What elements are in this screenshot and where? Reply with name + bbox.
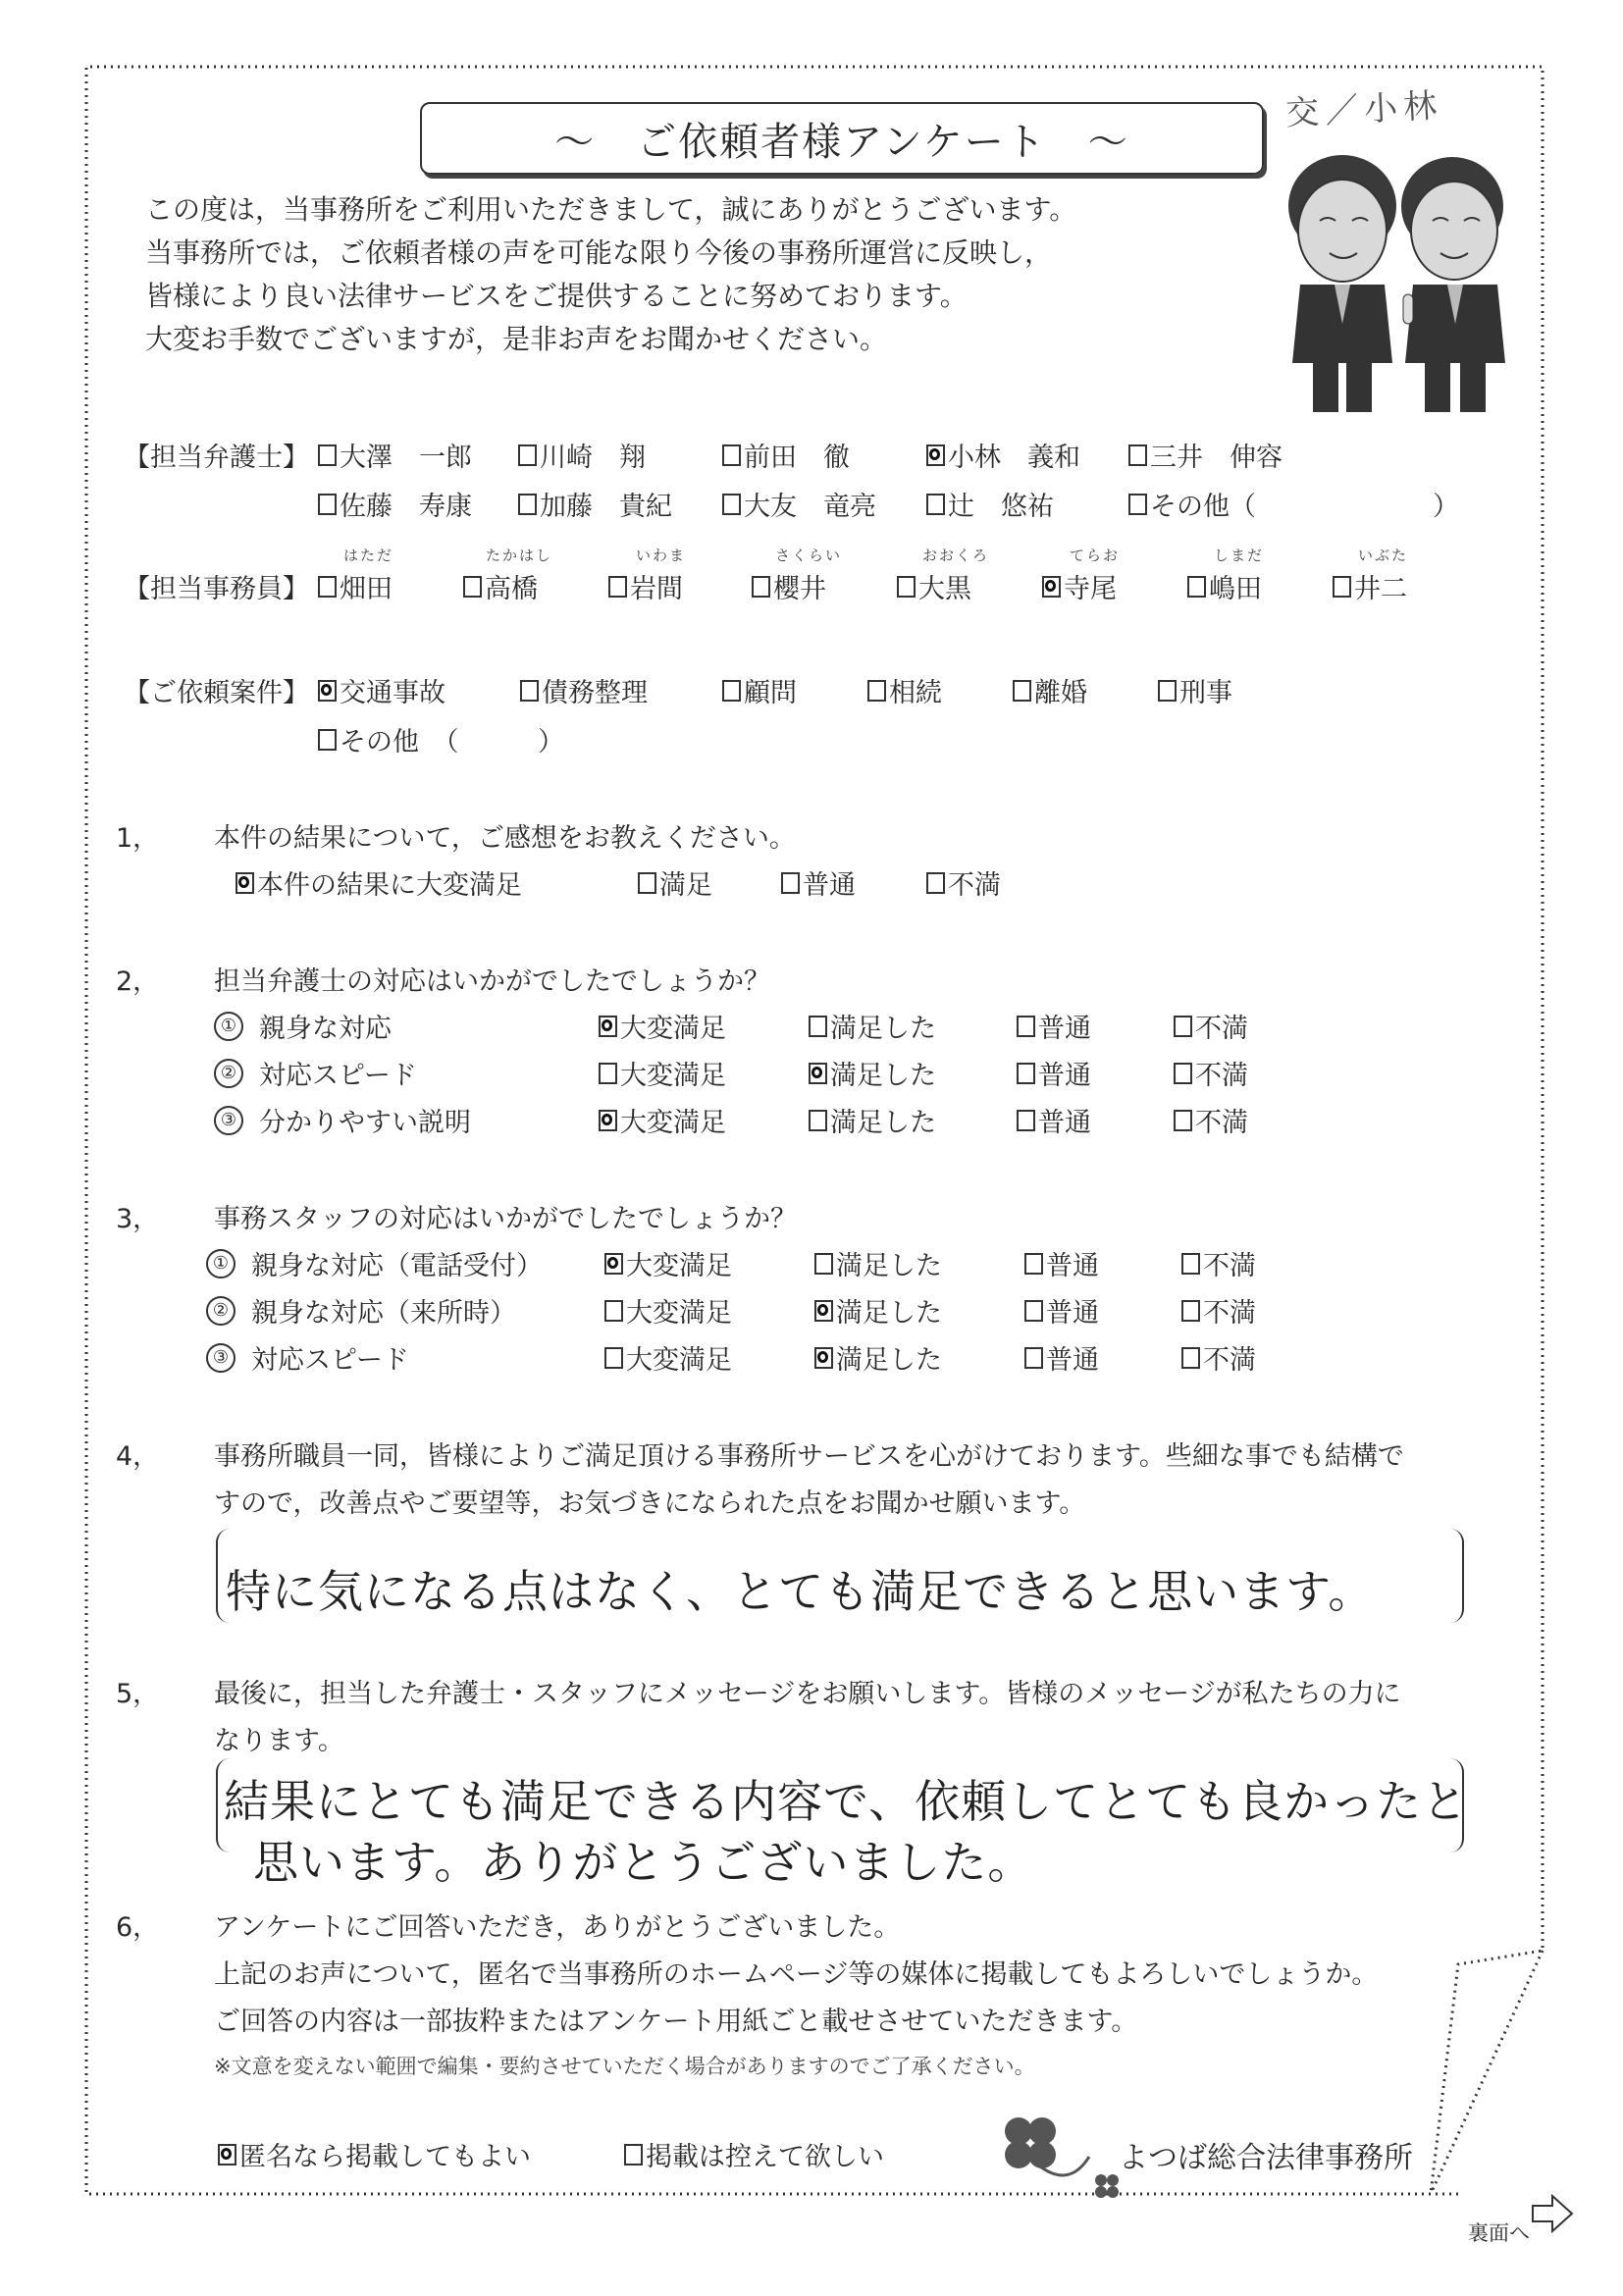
q2-answer[interactable]: 満足した: [809, 1007, 936, 1045]
checkbox-checked[interactable]: [814, 1347, 833, 1369]
ruby-text: てらお: [1070, 545, 1120, 565]
staff-option[interactable]: 岩間: [608, 567, 683, 605]
q4-question-line2: すので，改善点やご要望等，お気づきになられた点をお聞かせ願います。: [214, 1482, 1085, 1520]
checkbox[interactable]: [1017, 1110, 1035, 1131]
checkbox[interactable]: [926, 494, 945, 515]
checkbox[interactable]: [624, 2144, 643, 2166]
lawyer-option[interactable]: 前田 徹: [722, 436, 850, 474]
ruby-text: しまだ: [1214, 545, 1264, 565]
intro-line: 大変お手数でございますが，是非お声をお聞かせください。: [145, 318, 1076, 361]
staff-option[interactable]: 井二: [1333, 567, 1407, 605]
q1-option[interactable]: 不満: [926, 863, 1001, 902]
q2-row-label: ②対応スピード: [214, 1054, 417, 1092]
next-page-label[interactable]: 裏面へ: [1468, 2218, 1530, 2247]
checkbox[interactable]: [1128, 444, 1147, 466]
q2-answer[interactable]: 満足した: [809, 1101, 936, 1139]
ruby-text: はただ: [343, 545, 393, 565]
ruby-text: おおくろ: [922, 545, 989, 565]
q6-note: ※文意を変えない範囲で編集・要約させていただく場合がありますのでご了承ください。: [214, 2051, 1035, 2080]
firm-name: よつば総合法律事務所: [1119, 2133, 1413, 2176]
checkbox[interactable]: [599, 1063, 617, 1084]
lawyers-illustration-icon: [1276, 137, 1521, 422]
checkbox-checked[interactable]: [926, 444, 945, 466]
checkbox-checked[interactable]: [236, 872, 254, 894]
intro-line: この度は，当事務所をご利用いただきまして，誠にありがとうございます。: [145, 188, 1076, 232]
q5-question-line1: 最後に，担当した弁護士・スタッフにメッセージをお願いします。皆様のメッセージが私…: [214, 1672, 1401, 1710]
q3-answer[interactable]: 大変満足: [604, 1338, 732, 1377]
q1-number: 1，: [116, 816, 159, 855]
lawyer-option[interactable]: 川崎 翔: [518, 436, 646, 474]
q3-answer[interactable]: 普通: [1024, 1244, 1099, 1282]
case-option-other[interactable]: その他 （: [318, 720, 459, 758]
q2-answer[interactable]: 満足した: [809, 1054, 936, 1092]
q2-answer[interactable]: 不満: [1174, 1054, 1248, 1092]
q4-answer-handwritten: 特に気になる点はなく、とても満足できると思います。: [226, 1556, 1374, 1621]
lawyer-option-other[interactable]: その他（: [1128, 485, 1256, 523]
checkbox[interactable]: [520, 680, 539, 702]
checkbox[interactable]: [518, 494, 537, 515]
q1-question: 本件の結果について，ご感想をお教えください。: [214, 816, 796, 855]
q3-answer[interactable]: 大変満足: [604, 1244, 732, 1282]
q1-option[interactable]: 満足: [638, 863, 712, 902]
q2-answer[interactable]: 普通: [1017, 1007, 1091, 1045]
checkbox[interactable]: [638, 872, 656, 894]
other-close-paren: ）: [1433, 485, 1459, 523]
checkbox[interactable]: [781, 872, 800, 894]
checkbox[interactable]: [1333, 576, 1351, 598]
checkbox[interactable]: [318, 494, 337, 515]
case-option[interactable]: 離婚: [1013, 671, 1087, 709]
checkbox[interactable]: [722, 494, 741, 515]
publish-option[interactable]: 掲載は控えて欲しい: [624, 2135, 884, 2173]
q3-answer[interactable]: 普通: [1024, 1338, 1099, 1377]
q2-answer[interactable]: 普通: [1017, 1054, 1091, 1092]
checkbox[interactable]: [752, 576, 770, 598]
q5-answer-handwritten-line1: 結果にとても満足できる内容で、依頼してとても良かったと: [224, 1766, 1468, 1831]
intro-line: 皆様により良い法律サービスをご提供することに努めております。: [145, 275, 1076, 318]
checkbox-checked[interactable]: [604, 1253, 623, 1275]
checkbox[interactable]: [1181, 1347, 1200, 1369]
checkbox-checked[interactable]: [1042, 576, 1061, 598]
ruby-text: いわま: [636, 545, 686, 565]
checkbox[interactable]: [1174, 1110, 1192, 1131]
q6-line2: 上記のお声について，匿名で当事務所のホームページ等の媒体に掲載してもよろしいでし…: [214, 1953, 1378, 1991]
checkbox[interactable]: [1013, 680, 1031, 702]
staff-option[interactable]: 畑田: [318, 567, 393, 605]
other-close-paren: ）: [538, 720, 564, 758]
checkbox[interactable]: [897, 576, 916, 598]
q2-answer[interactable]: 不満: [1174, 1101, 1248, 1139]
cases-label: 【ご依頼案件】: [124, 671, 309, 709]
q3-answer[interactable]: 普通: [1024, 1291, 1099, 1330]
lawyer-option[interactable]: 小林 義和: [926, 436, 1080, 474]
staff-option[interactable]: 嶋田: [1187, 567, 1262, 605]
checkbox-checked[interactable]: [814, 1300, 833, 1322]
staff-option[interactable]: 寺尾: [1042, 567, 1117, 605]
checkbox-checked[interactable]: [809, 1063, 827, 1084]
checkbox[interactable]: [1181, 1253, 1200, 1275]
lawyers-label: 【担当弁護士】: [124, 436, 309, 474]
handwritten-note: 交／小林: [1284, 78, 1443, 134]
q2-answer[interactable]: 大変満足: [599, 1101, 726, 1139]
lawyer-option[interactable]: 加藤 貴紀: [518, 485, 672, 523]
q3-row-label: ③対応スピード: [206, 1338, 409, 1377]
lawyer-option[interactable]: 大友 竜亮: [722, 485, 876, 523]
q1-option[interactable]: 普通: [781, 863, 856, 902]
checkbox[interactable]: [1017, 1063, 1035, 1084]
checkbox[interactable]: [1024, 1300, 1043, 1322]
lawyer-option[interactable]: 大澤 一郎: [318, 436, 472, 474]
checkbox[interactable]: [604, 1347, 623, 1369]
case-option[interactable]: 債務整理: [520, 671, 648, 709]
page-title: ～ ご依頼者様アンケート ～: [420, 102, 1264, 175]
checkbox[interactable]: [1174, 1016, 1192, 1037]
checkbox[interactable]: [722, 680, 741, 702]
staff-option[interactable]: 櫻井: [752, 567, 826, 605]
q3-answer[interactable]: 不満: [1181, 1244, 1256, 1282]
checkbox[interactable]: [1174, 1063, 1192, 1084]
checkbox[interactable]: [608, 576, 627, 598]
checkbox[interactable]: [463, 576, 482, 598]
case-option[interactable]: 刑事: [1158, 671, 1232, 709]
q2-row-label: ③分かりやすい説明: [214, 1101, 471, 1139]
q2-answer[interactable]: 普通: [1017, 1101, 1091, 1139]
checkbox[interactable]: [318, 444, 337, 466]
q4-number: 4，: [116, 1435, 159, 1473]
lawyer-option[interactable]: 三井 伸容: [1128, 436, 1283, 474]
checkbox[interactable]: [1017, 1016, 1035, 1037]
checkbox[interactable]: [926, 872, 945, 894]
checkbox[interactable]: [518, 444, 537, 466]
q3-answer[interactable]: 大変満足: [604, 1291, 732, 1330]
survey-sheet: ～ ご依頼者様アンケート ～ 交／小林 この度は，当事務所をご利用いただきまして…: [0, 0, 1623, 2296]
publish-option[interactable]: 匿名なら掲載してもよい: [218, 2135, 531, 2173]
q5-question-line2: なります。: [214, 1719, 344, 1757]
checkbox[interactable]: [1187, 576, 1206, 598]
checkbox[interactable]: [809, 1016, 827, 1037]
q3-answer[interactable]: 不満: [1181, 1291, 1256, 1330]
q2-answer[interactable]: 大変満足: [599, 1007, 726, 1045]
checkbox[interactable]: [1024, 1347, 1043, 1369]
q2-row-label: ①親身な対応: [214, 1007, 392, 1045]
staff-label: 【担当事務員】: [124, 567, 309, 605]
q6-line1: アンケートにご回答いただき，ありがとうございました。: [214, 1905, 900, 1944]
q5-number: 5，: [116, 1672, 159, 1710]
intro-text: この度は，当事務所をご利用いただきまして，誠にありがとうございます。 当事務所で…: [145, 188, 1076, 361]
arrow-right-icon[interactable]: [1531, 2194, 1574, 2233]
checkbox[interactable]: [604, 1300, 623, 1322]
checkbox[interactable]: [318, 729, 337, 751]
ruby-text: たかはし: [486, 545, 552, 565]
case-option[interactable]: 相続: [867, 671, 942, 709]
q3-answer[interactable]: 不満: [1181, 1338, 1256, 1377]
q2-answer[interactable]: 不満: [1174, 1007, 1248, 1045]
ruby-text: さくらい: [775, 545, 842, 565]
q3-question: 事務スタッフの対応はいかがでしたでしょうか？: [214, 1197, 797, 1235]
checkbox[interactable]: [809, 1110, 827, 1131]
staff-option[interactable]: 高橋: [463, 567, 538, 605]
q2-number: 2，: [116, 960, 159, 998]
lawyer-option[interactable]: 辻 悠祐: [926, 485, 1054, 523]
q6-number: 6，: [116, 1905, 159, 1944]
q6-line3: ご回答の内容は一部抜粋またはアンケート用紙ごと載せさせていただきます。: [214, 2000, 1137, 2038]
checkbox[interactable]: [318, 576, 337, 598]
ruby-text: いぶた: [1358, 545, 1408, 565]
checkbox-checked[interactable]: [218, 2144, 236, 2166]
q2-question: 担当弁護士の対応はいかがでしたでしょうか？: [214, 960, 770, 998]
q4-question-line1: 事務所職員一同，皆様によりご満足頂ける事務所サービスを心がけております。些細な事…: [214, 1435, 1404, 1473]
checkbox[interactable]: [722, 444, 741, 466]
checkbox[interactable]: [1128, 494, 1147, 515]
q3-answer[interactable]: 満足した: [814, 1291, 942, 1330]
checkbox-checked[interactable]: [599, 1110, 617, 1131]
staff-option[interactable]: 大黒: [897, 567, 971, 605]
q5-answer-handwritten-line2: 思います。ありがとうございました。: [253, 1827, 1033, 1892]
checkbox[interactable]: [1024, 1253, 1043, 1275]
case-option[interactable]: 交通事故: [318, 671, 445, 709]
q3-row-label: ①親身な対応（電話受付）: [206, 1244, 543, 1282]
checkbox-checked[interactable]: [318, 680, 337, 702]
intro-line: 当事務所では，ご依頼者様の声を可能な限り今後の事務所運営に反映し，: [145, 232, 1076, 275]
checkbox[interactable]: [814, 1253, 833, 1275]
q1-option[interactable]: 本件の結果に大変満足: [236, 863, 522, 902]
checkbox[interactable]: [867, 680, 886, 702]
q2-answer[interactable]: 大変満足: [599, 1054, 726, 1092]
q3-number: 3，: [116, 1197, 159, 1235]
checkbox[interactable]: [1158, 680, 1177, 702]
q3-answer[interactable]: 満足した: [814, 1244, 942, 1282]
q3-row-label: ②親身な対応（来所時）: [206, 1291, 516, 1330]
lawyer-option[interactable]: 佐藤 寿康: [318, 485, 472, 523]
checkbox[interactable]: [1181, 1300, 1200, 1322]
case-option[interactable]: 顧問: [722, 671, 797, 709]
checkbox-checked[interactable]: [599, 1016, 617, 1037]
clover-icon: [991, 2110, 1119, 2208]
q3-answer[interactable]: 満足した: [814, 1338, 942, 1377]
